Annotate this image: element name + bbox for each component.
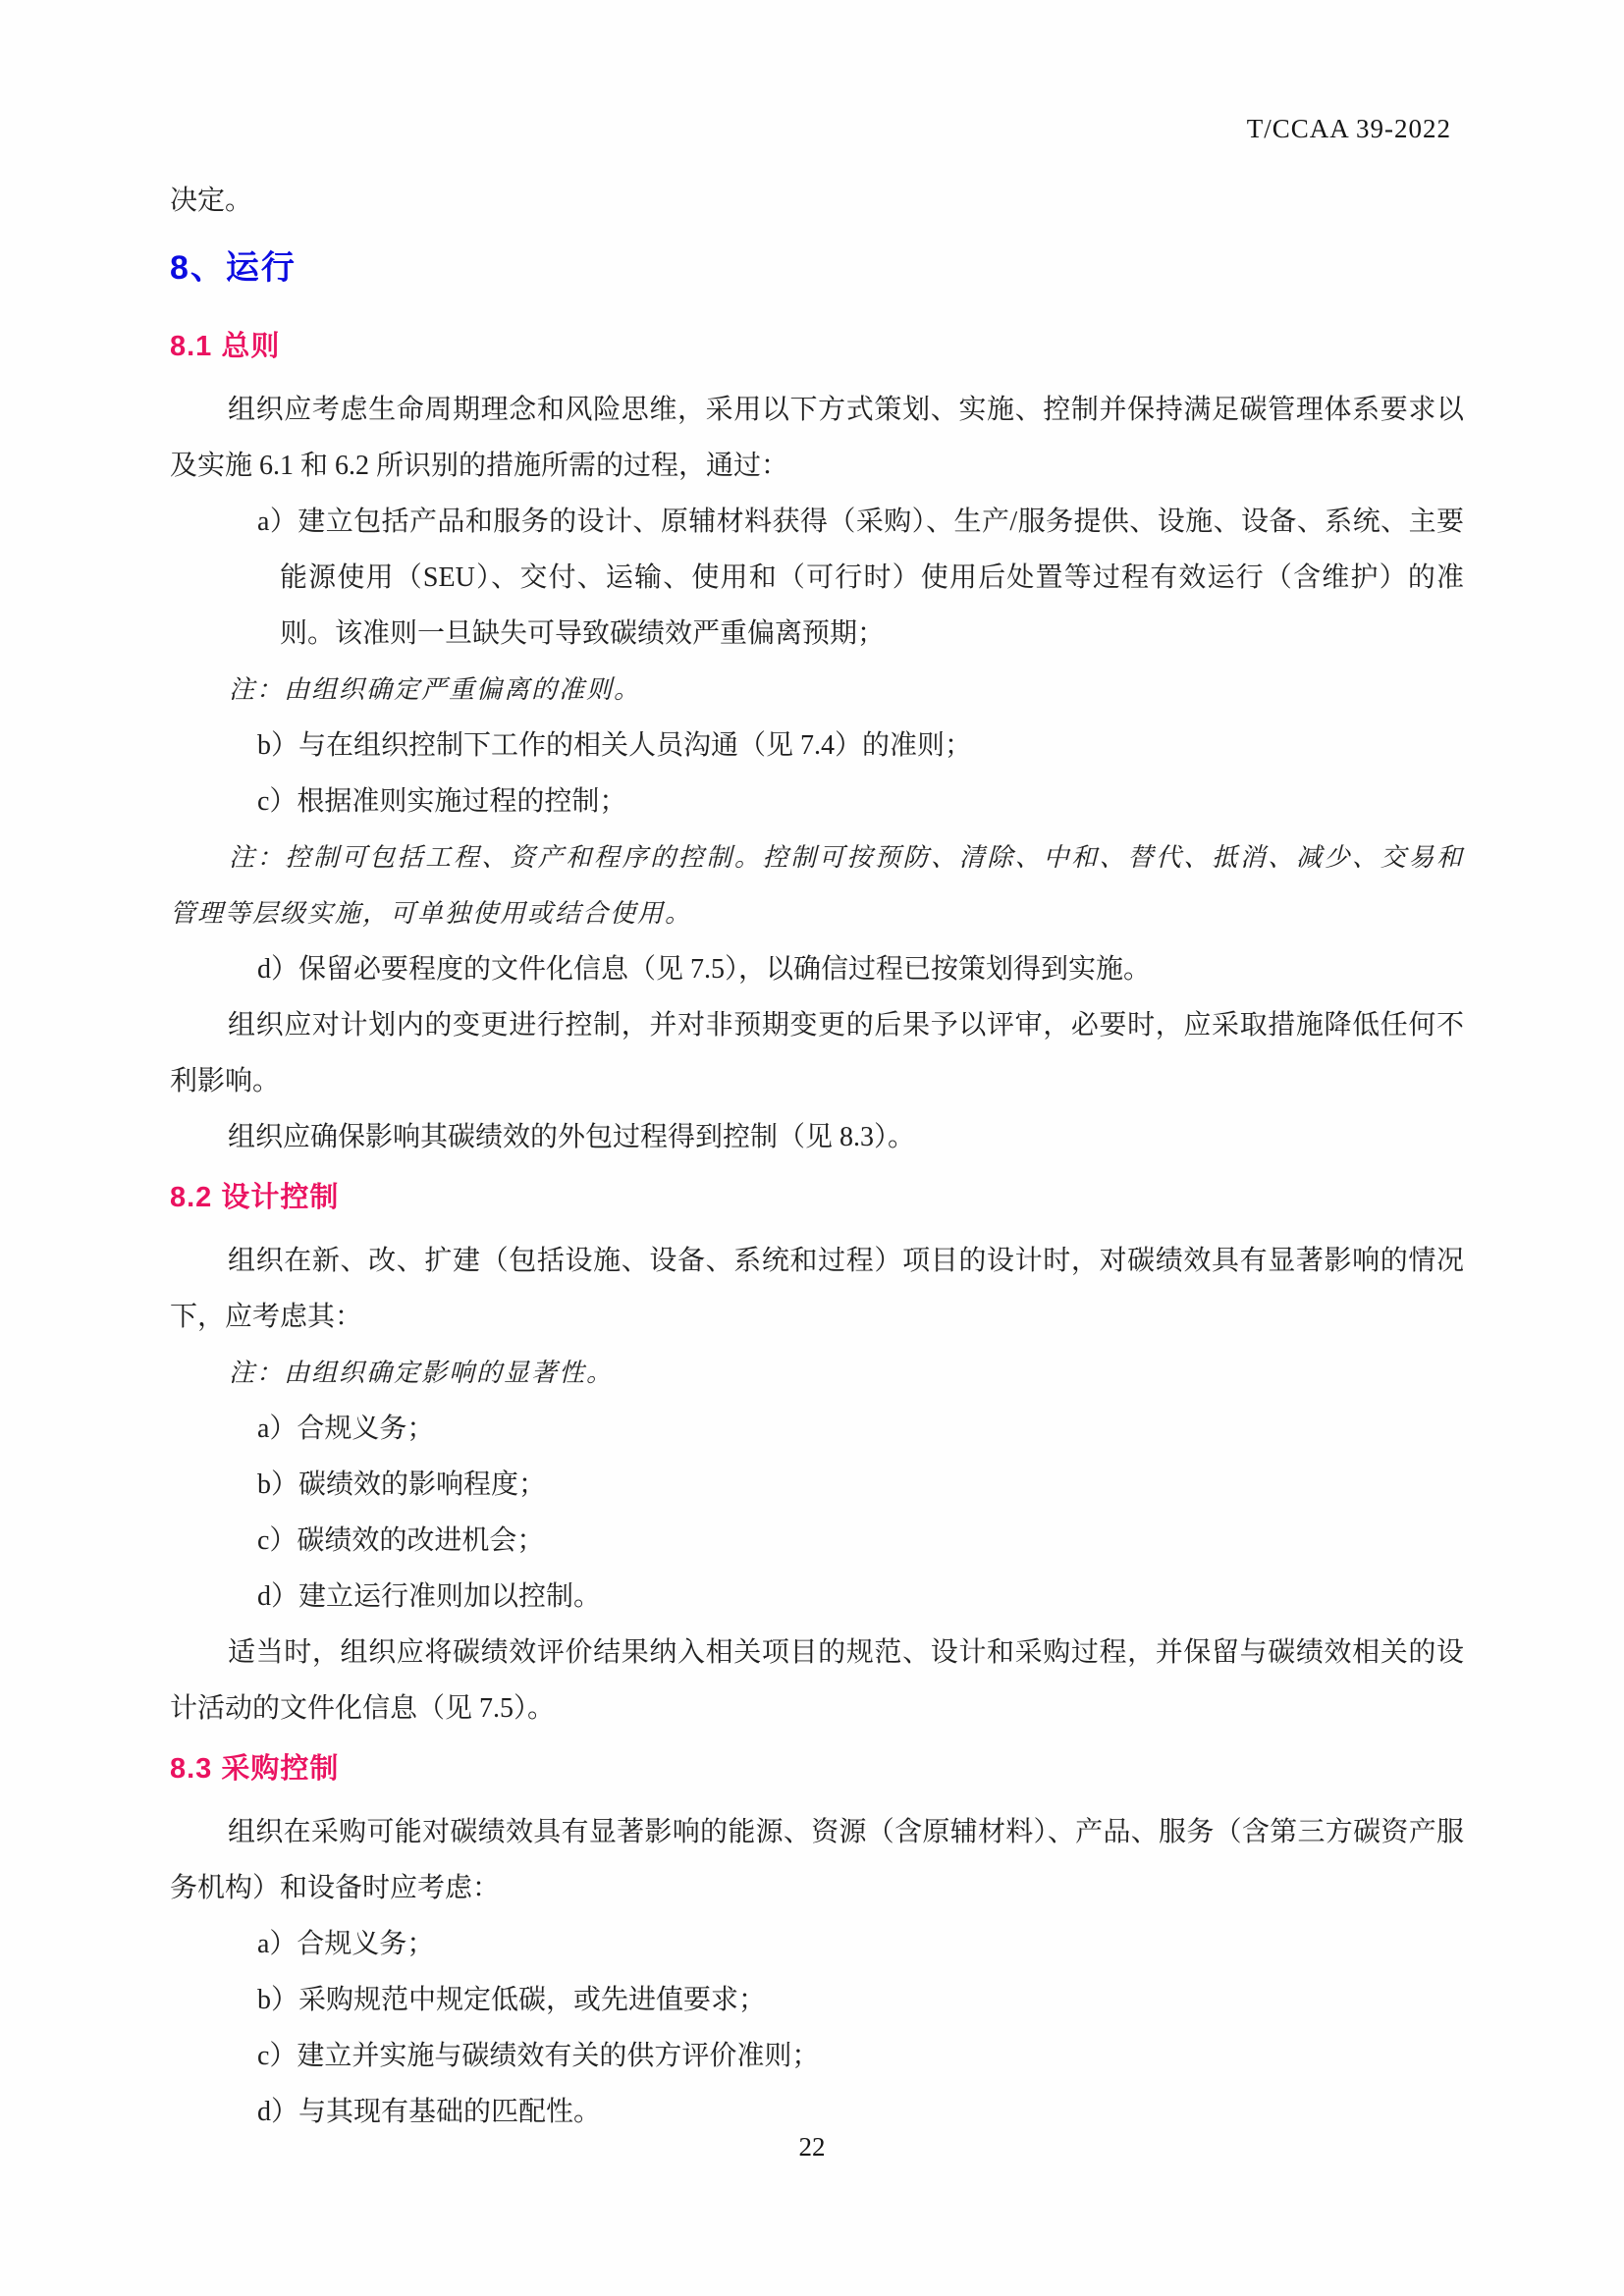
list-item: d）保留必要程度的文件化信息（见 7.5），以确信过程已按策划得到实施。 bbox=[280, 941, 1464, 997]
section-heading: 8.1 总则 bbox=[170, 329, 1464, 364]
note: 注：由组织确定影响的显著性。 bbox=[170, 1345, 1464, 1401]
section-heading: 8.2 设计控制 bbox=[170, 1180, 1464, 1215]
paragraph: 组织在采购可能对碳绩效具有显著影响的能源、资源（含原辅材料）、产品、服务（含第三… bbox=[170, 1804, 1464, 1916]
paragraph: 适当时，组织应将碳绩效评价结果纳入相关项目的规范、设计和采购过程，并保留与碳绩效… bbox=[170, 1625, 1464, 1736]
list-item: a）合规义务； bbox=[280, 1916, 1464, 1972]
chapter-heading: 8、运行 bbox=[170, 248, 1464, 288]
list-item: b）碳绩效的影响程度； bbox=[280, 1457, 1464, 1513]
note: 注：由组织确定严重偏离的准则。 bbox=[170, 662, 1464, 718]
document-body: 决定。8、运行8.1 总则组织应考虑生命周期理念和风险思维，采用以下方式策划、实… bbox=[170, 173, 1464, 2140]
list-item: b）与在组织控制下工作的相关人员沟通（见 7.4）的准则； bbox=[280, 718, 1464, 774]
document-page: T/CCAA 39-2022 决定。8、运行8.1 总则组织应考虑生命周期理念和… bbox=[0, 0, 1624, 2296]
list-item: c）根据准则实施过程的控制； bbox=[280, 774, 1464, 829]
list-item: c）碳绩效的改进机会； bbox=[280, 1513, 1464, 1569]
page-number: 22 bbox=[0, 2132, 1624, 2163]
paragraph: 组织应确保影响其碳绩效的外包过程得到控制（见 8.3）。 bbox=[170, 1109, 1464, 1165]
paragraph: 组织应考虑生命周期理念和风险思维，采用以下方式策划、实施、控制并保持满足碳管理体… bbox=[170, 382, 1464, 494]
list-item: d）建立运行准则加以控制。 bbox=[280, 1569, 1464, 1625]
list-item: c）建立并实施与碳绩效有关的供方评价准则； bbox=[280, 2028, 1464, 2084]
section-heading: 8.3 采购控制 bbox=[170, 1751, 1464, 1787]
list-item: b）采购规范中规定低碳，或先进值要求； bbox=[280, 1972, 1464, 2028]
para-continuation: 决定。 bbox=[170, 173, 1464, 229]
note: 注：控制可包括工程、资产和程序的控制。控制可按预防、清除、中和、替代、抵消、减少… bbox=[170, 829, 1464, 941]
standard-number-header: T/CCAA 39-2022 bbox=[1247, 114, 1451, 144]
paragraph: 组织在新、改、扩建（包括设施、设备、系统和过程）项目的设计时，对碳绩效具有显著影… bbox=[170, 1233, 1464, 1345]
list-item: a）建立包括产品和服务的设计、原辅材料获得（采购）、生产/服务提供、设施、设备、… bbox=[280, 494, 1464, 662]
list-item: a）合规义务； bbox=[280, 1401, 1464, 1457]
paragraph: 组织应对计划内的变更进行控制，并对非预期变更的后果予以评审，必要时，应采取措施降… bbox=[170, 997, 1464, 1109]
